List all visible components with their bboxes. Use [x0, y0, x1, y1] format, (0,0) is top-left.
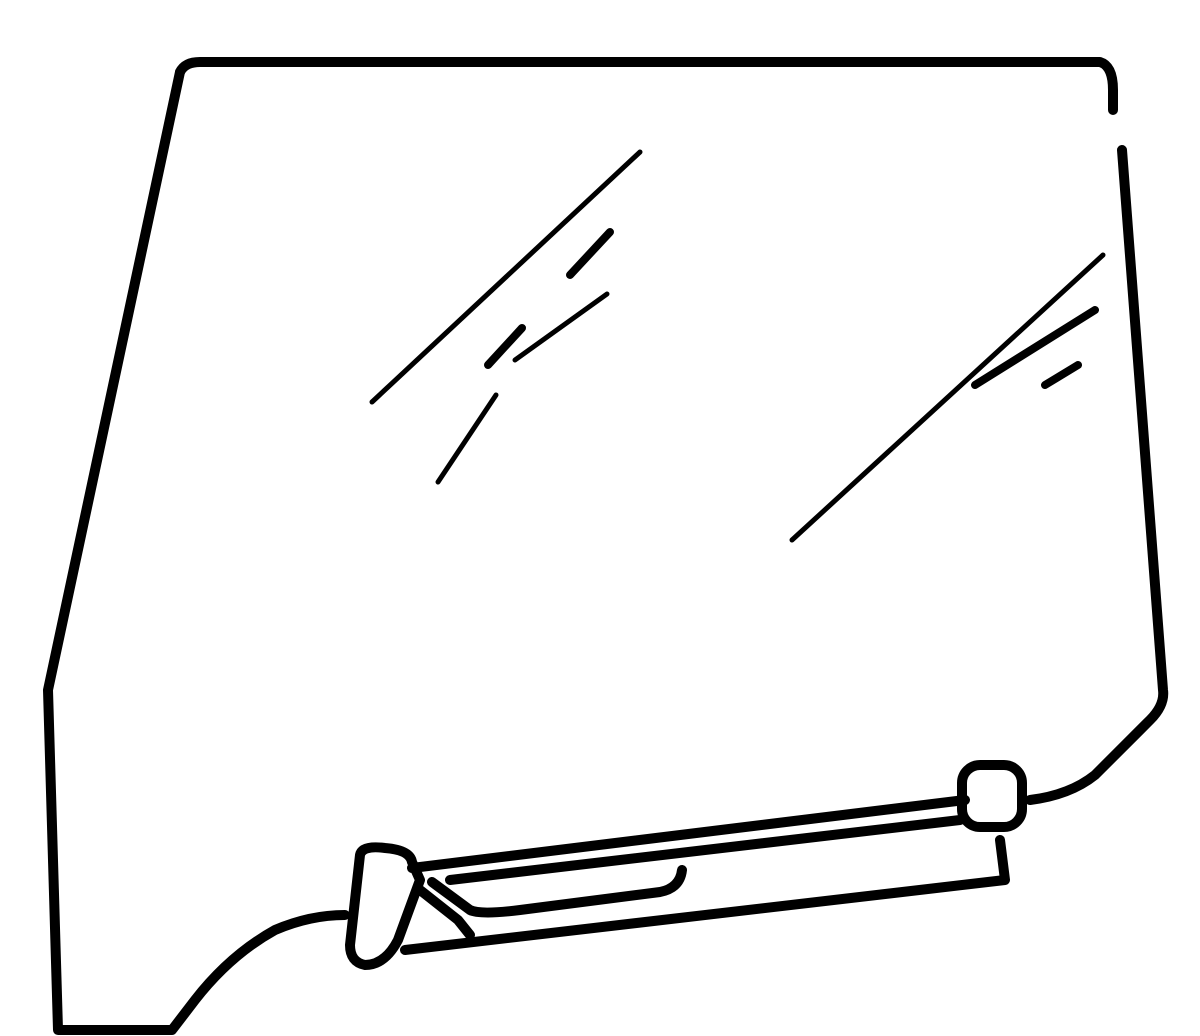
glass-reflection	[372, 152, 1103, 540]
car-door-glass-diagram	[0, 0, 1200, 1036]
mounting-hole	[962, 765, 1022, 827]
lift-channel	[350, 800, 1005, 965]
